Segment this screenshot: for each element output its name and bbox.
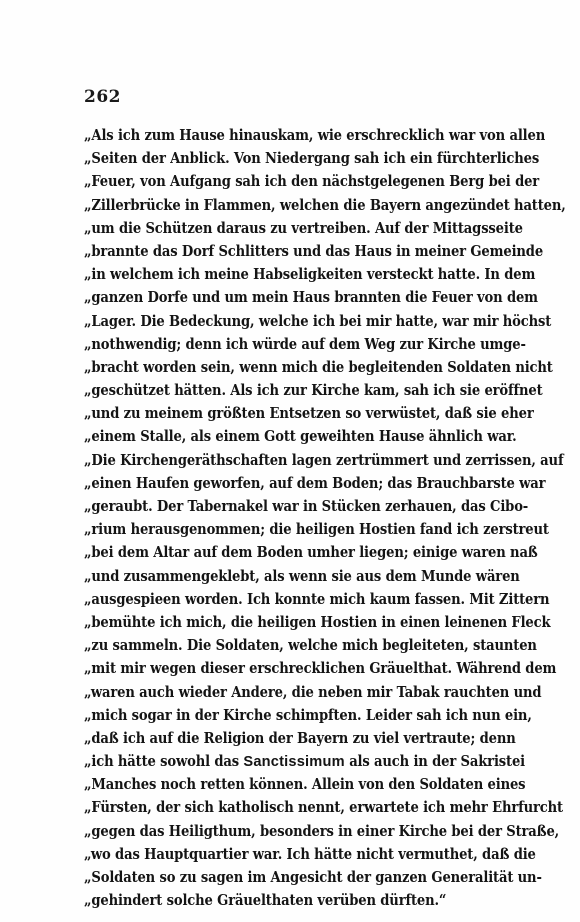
text-line: „mit mir wegen dieser erschrecklichen Gr… [84, 657, 488, 680]
text-line: „waren auch wieder Andere, die neben mir… [84, 681, 488, 704]
text-line: „Die Kirchengeräthschaften lagen zertrüm… [84, 449, 488, 472]
page-number: 262 [84, 87, 121, 107]
text-line: „Lager. Die Bedeckung, welche ich bei mi… [84, 310, 488, 333]
text-line: „um die Schützen daraus zu vertreiben. A… [84, 217, 488, 240]
text-line: „brannte das Dorf Schlitters und das Hau… [84, 240, 488, 263]
emphasis-sanctissimum: Sanctissimum [243, 754, 344, 770]
text-line: „Manches noch retten können. Allein von … [84, 773, 488, 796]
text-line: „geschützet hätten. Als ich zur Kirche k… [84, 379, 488, 402]
text-line: „ausgespieen worden. Ich konnte mich kau… [84, 588, 488, 611]
text-line: „ganzen Dorfe und um mein Haus brannten … [84, 286, 488, 309]
text-line: „mich sogar in der Kirche schimpften. Le… [84, 704, 488, 727]
text-line: „einem Stalle, als einem Gott geweihten … [84, 425, 488, 448]
text-line: „einen Haufen geworfen, auf dem Boden; d… [84, 472, 488, 495]
text-line: „wo das Hauptquartier war. Ich hätte nic… [84, 843, 488, 866]
text-line: „Zillerbrücke in Flammen, welchen die Ba… [84, 194, 488, 217]
text-line-final: „gehindert solche Gräuelthaten verüben d… [84, 889, 488, 912]
text-line: „Seiten der Anblick. Von Niedergang sah … [84, 147, 488, 170]
text-line: „rium herausgenommen; die heiligen Hosti… [84, 518, 488, 541]
book-page: 262 „Als ich zum Hause hinauskam, wie er… [0, 0, 580, 922]
text-line: „gegen das Heiligthum, besonders in eine… [84, 820, 488, 843]
text-line: „bei dem Altar auf dem Boden umher liege… [84, 541, 488, 564]
text-segment: „ich hätte sowohl das [84, 753, 243, 770]
text-line: „in welchem ich meine Habseligkeiten ver… [84, 263, 488, 286]
text-segment: als auch in der Sakristei [345, 753, 525, 770]
text-line: „daß ich auf die Religion der Bayern zu … [84, 727, 488, 750]
text-line: „Fürsten, der sich katholisch nennt, erw… [84, 796, 488, 819]
text-line: „Soldaten so zu sagen im Angesicht der g… [84, 866, 488, 889]
text-line: „zu sammeln. Die Soldaten, welche mich b… [84, 634, 488, 657]
text-line: „und zusammengeklebt, als wenn sie aus d… [84, 565, 488, 588]
text-line: „Feuer, von Aufgang sah ich den nächstge… [84, 170, 488, 193]
text-line: „bemühte ich mich, die heiligen Hostien … [84, 611, 488, 634]
text-line: „Als ich zum Hause hinauskam, wie erschr… [84, 124, 488, 147]
body-text: „Als ich zum Hause hinauskam, wie erschr… [84, 124, 488, 912]
text-line: „bracht worden sein, wenn mich die begle… [84, 356, 488, 379]
text-line: „und zu meinem größten Entsetzen so verw… [84, 402, 488, 425]
text-line-with-emphasis: „ich hätte sowohl das Sanctissimum als a… [84, 750, 488, 773]
text-line: „geraubt. Der Tabernakel war in Stücken … [84, 495, 488, 518]
text-line: „nothwendig; denn ich würde auf dem Weg … [84, 333, 488, 356]
